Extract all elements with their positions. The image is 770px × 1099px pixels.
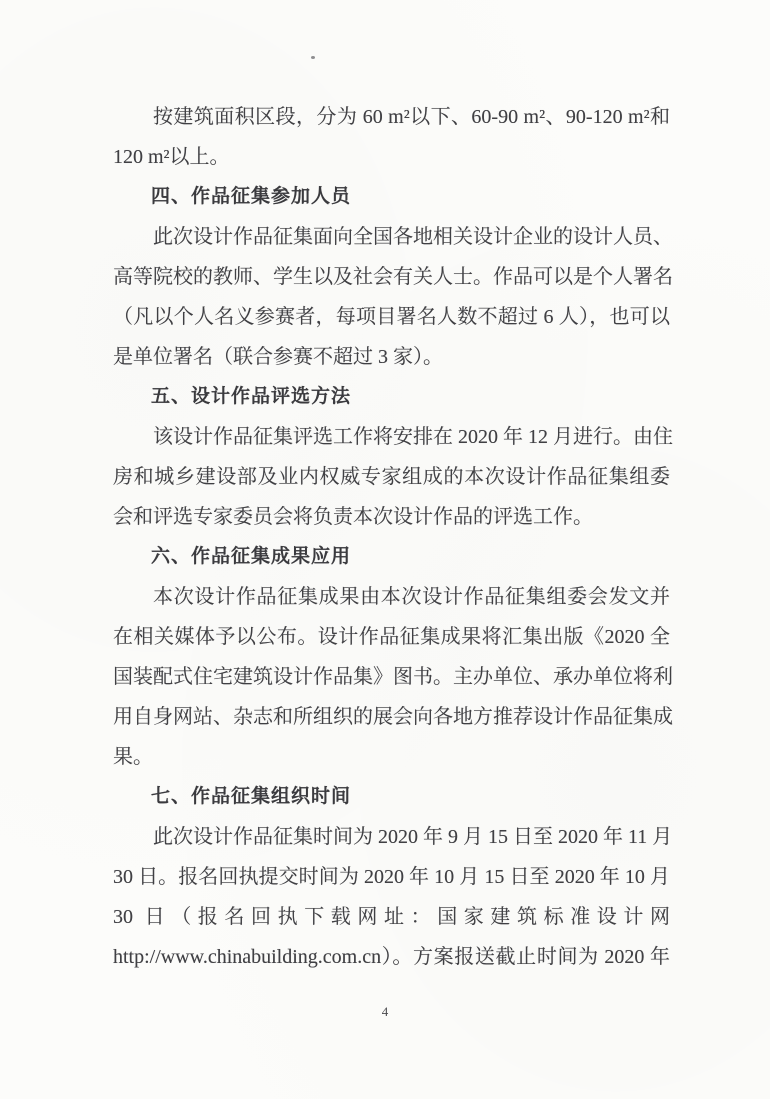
document-page: 按建筑面积区段，分为 60 m²以下、60-90 m²、90-120 m²和12… bbox=[0, 0, 770, 1099]
page-number: 4 bbox=[0, 1004, 770, 1020]
section-heading: 四、作品征集参加人员 bbox=[113, 177, 670, 217]
section-heading: 五、设计作品评选方法 bbox=[113, 377, 670, 417]
text-line: 120 m²以上。 bbox=[113, 137, 670, 177]
text-line: 用自身网站、杂志和所组织的展会向各地方推荐设计作品征集成 bbox=[113, 697, 670, 737]
text-line: 果。 bbox=[113, 737, 670, 777]
text-line: 按建筑面积区段，分为 60 m²以下、60-90 m²、90-120 m²和 bbox=[113, 97, 670, 137]
text-line: 此次设计作品征集时间为 2020 年 9 月 15 日至 2020 年 11 月 bbox=[113, 817, 670, 857]
text-line: 该设计作品征集评选工作将安排在 2020 年 12 月进行。由住 bbox=[113, 417, 670, 457]
text-line: 此次设计作品征集面向全国各地相关设计企业的设计人员、 bbox=[113, 217, 670, 257]
text-line: 高等院校的教师、学生以及社会有关人士。作品可以是个人署名 bbox=[113, 257, 670, 297]
text-line: 房和城乡建设部及业内权威专家组成的本次设计作品征集组委 bbox=[113, 457, 670, 497]
text-line: 是单位署名（联合参赛不超过 3 家）。 bbox=[113, 337, 670, 377]
text-line: （凡以个人名义参赛者，每项目署名人数不超过 6 人），也可以 bbox=[113, 297, 670, 337]
scan-speck bbox=[311, 56, 315, 59]
text-line: http://www.chinabuilding.com.cn）。方案报送截止时… bbox=[113, 937, 670, 977]
text-line: 本次设计作品征集成果由本次设计作品征集组委会发文并 bbox=[113, 577, 670, 617]
section-heading: 七、作品征集组织时间 bbox=[113, 777, 670, 817]
document-body: 按建筑面积区段，分为 60 m²以下、60-90 m²、90-120 m²和12… bbox=[113, 97, 670, 977]
text-line: 会和评选专家委员会将负责本次设计作品的评选工作。 bbox=[113, 497, 670, 537]
text-line: 30 日（报名回执下载网址：国家建筑标准设计网 bbox=[113, 897, 670, 937]
text-line: 30 日。报名回执提交时间为 2020 年 10 月 15 日至 2020 年 … bbox=[113, 857, 670, 897]
text-line: 在相关媒体予以公布。设计作品征集成果将汇集出版《2020 全 bbox=[113, 617, 670, 657]
text-line: 国装配式住宅建筑设计作品集》图书。主办单位、承办单位将利 bbox=[113, 657, 670, 697]
section-heading: 六、作品征集成果应用 bbox=[113, 537, 670, 577]
